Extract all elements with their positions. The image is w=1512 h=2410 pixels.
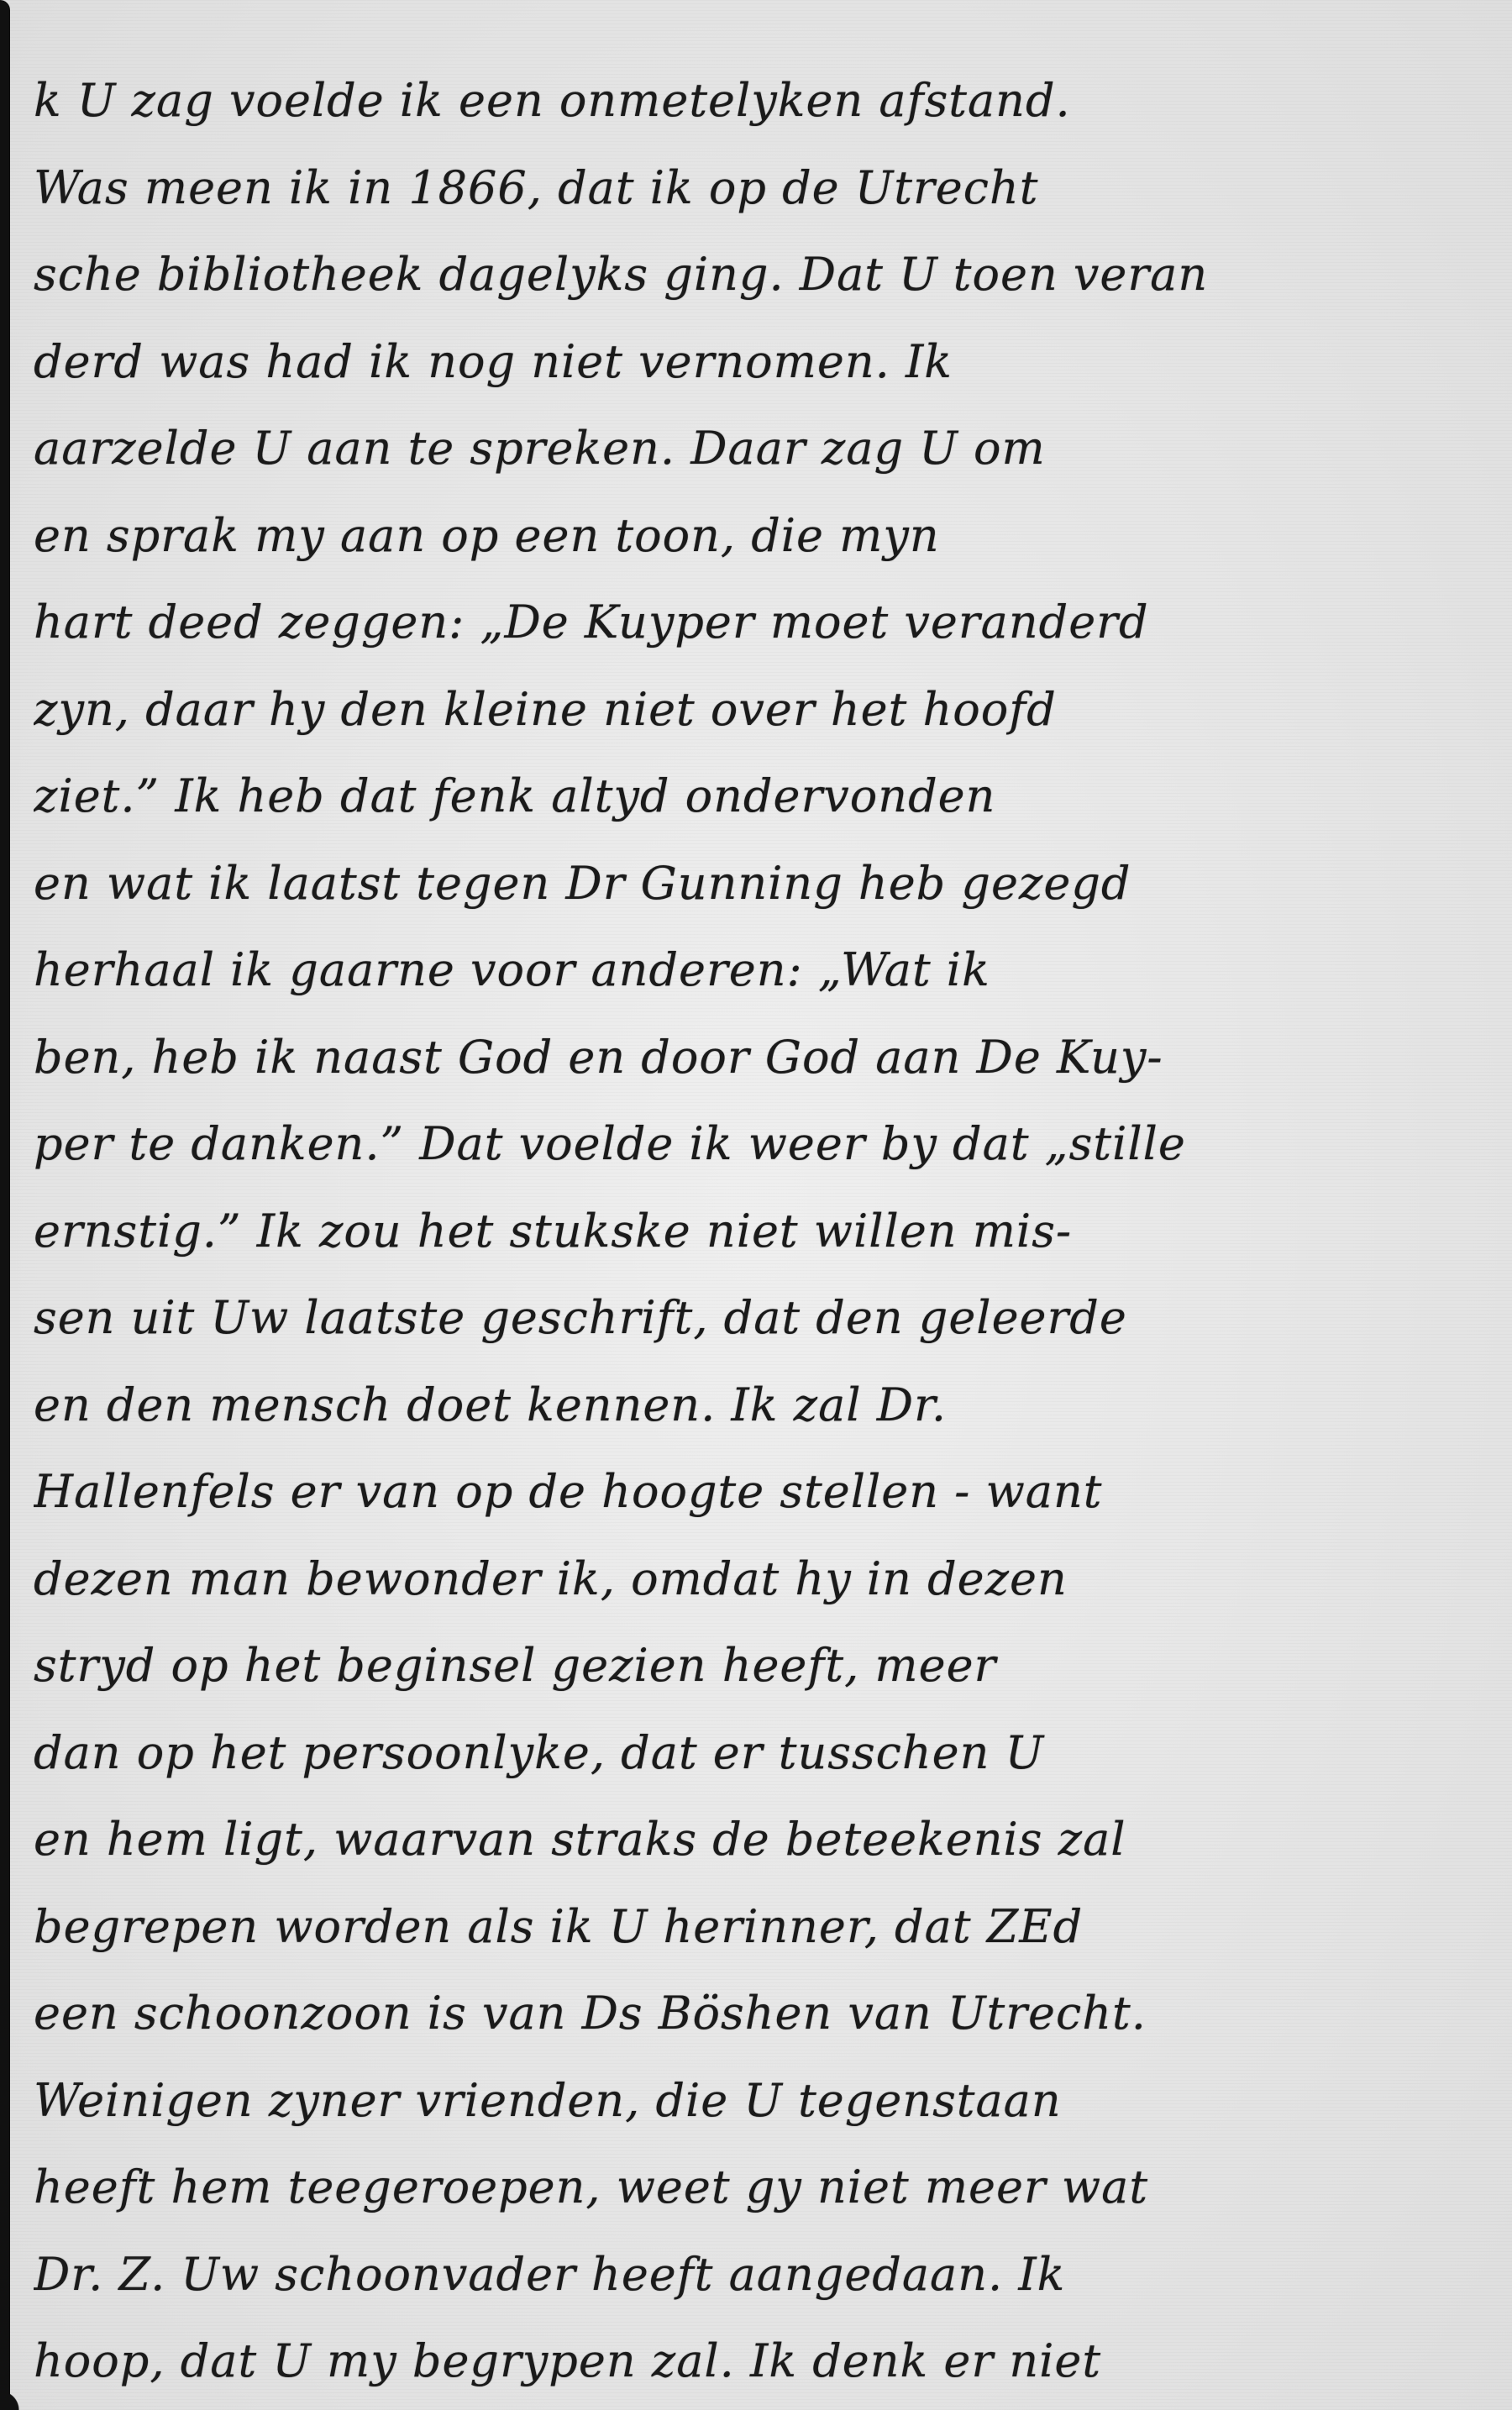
handwritten-text-block: k U zag voelde ik een onmetelyken afstan… [34,57,1487,2405]
page-corner-shadow [0,2360,34,2410]
text-line: en sprak my aan op een toon, die myn [34,492,1487,580]
text-line: per te danken.” Dat voelde ik weer by da… [34,1100,1487,1188]
text-line: ben, heb ik naast God en door God aan De… [34,1014,1487,1101]
text-line: Weinigen zyner vrienden, die U tegenstaa… [34,2057,1487,2145]
text-line: derd was had ik nog niet vernomen. Ik [34,318,1487,406]
text-line: Hallenfels er van op de hoogte stellen -… [34,1448,1487,1536]
text-line: hart deed zeggen: „De Kuyper moet verand… [34,579,1487,666]
text-line: heeft hem teegeroepen, weet gy niet meer… [34,2144,1487,2231]
text-line: een schoonzoon is van Ds Böshen van Utre… [34,1970,1487,2057]
text-line: dan op het persoonlyke, dat er tusschen … [34,1709,1487,1797]
text-line: ziet.” Ik heb dat fenk altyd ondervonden [34,753,1487,840]
text-line: Dr. Z. Uw schoonvader heeft aangedaan. I… [34,2231,1487,2318]
text-line: begrepen worden als ik U herinner, dat Z… [34,1883,1487,1971]
text-line: dezen man bewonder ik, omdat hy in dezen [34,1536,1487,1623]
letter-page: k U zag voelde ik een onmetelyken afstan… [0,0,1512,2410]
text-line: en den mensch doet kennen. Ik zal Dr. [34,1362,1487,1449]
text-line: sche bibliotheek dagelyks ging. Dat U to… [34,231,1487,318]
text-line: zyn, daar hy den kleine niet over het ho… [34,666,1487,753]
text-line: ernstig.” Ik zou het stukske niet willen… [34,1188,1487,1275]
text-line: stryd op het beginsel gezien heeft, meer [34,1622,1487,1709]
text-line: sen uit Uw laatste geschrift, dat den ge… [34,1274,1487,1362]
text-line: Was meen ik in 1866, dat ik op de Utrech… [34,144,1487,232]
text-line: k U zag voelde ik een onmetelyken afstan… [34,57,1487,144]
text-line: herhaal ik gaarne voor anderen: „Wat ik [34,927,1487,1014]
text-line: en wat ik laatst tegen Dr Gunning heb ge… [34,840,1487,927]
text-line: aarzelde U aan te spreken. Daar zag U om [34,405,1487,492]
text-line: hoop, dat U my begrypen zal. Ik denk er … [34,2318,1487,2405]
page-left-edge [0,0,10,2410]
text-line: en hem ligt, waarvan straks de beteekeni… [34,1796,1487,1883]
